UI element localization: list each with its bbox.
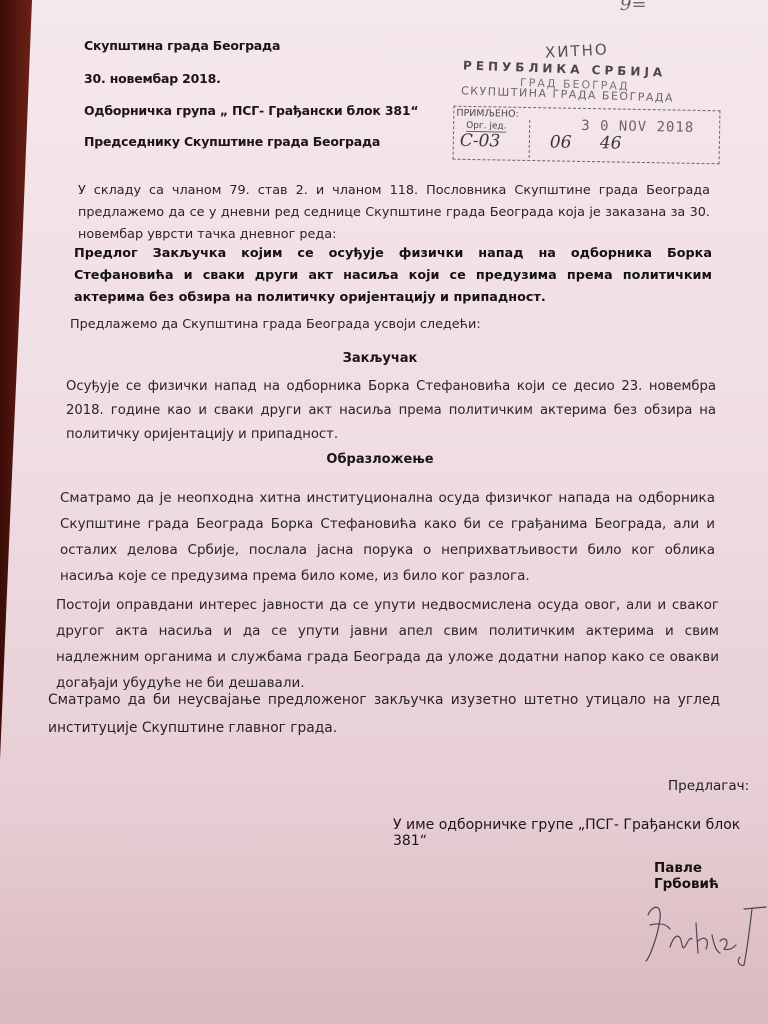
- proposal-paragraph: Предлог Закључка којим се осуђује физичк…: [74, 243, 712, 309]
- stamp-number-2: 46: [600, 133, 622, 153]
- stamp-received-label: ПРИМЉЕНО:: [456, 108, 519, 120]
- header-addressee: Председнику Скупштине града Београда: [84, 134, 380, 149]
- stamp-date: 3 0 NOV 2018: [581, 118, 694, 136]
- conclusion-heading: Закључак: [300, 351, 460, 366]
- proposer-label: Предлагач:: [668, 778, 749, 794]
- page-number-handwritten: 9=: [620, 0, 647, 15]
- reasoning-paragraph-3: Сматрамо да би неусвајање предложеног за…: [48, 686, 720, 742]
- on-behalf-line: У име одборничке групе „ПСГ- Грађански б…: [393, 817, 768, 849]
- reasoning-paragraph-2: Постоји оправдани интерес јавности да се…: [56, 592, 719, 696]
- urgent-handwritten-note: ХИТНО: [545, 40, 610, 61]
- stamp-divider: [529, 120, 531, 158]
- received-stamp: ПРИМЉЕНО: Орг. јед. 3 0 NOV 2018 С-03 06…: [453, 106, 721, 165]
- conclusion-paragraph: Осуђује се физички напад на одборника Бо…: [66, 375, 716, 447]
- handwritten-signature: [640, 895, 768, 979]
- stamp-number-1: 06: [550, 132, 572, 152]
- signatory-name: Павле Грбовић: [654, 860, 768, 892]
- reasoning-paragraph-1: Сматрамо да је неопходна хитна институци…: [60, 485, 715, 589]
- adopt-paragraph: Предлажемо да Скупштина града Београда у…: [70, 314, 670, 336]
- header-institution: Скупштина града Београда: [84, 38, 280, 53]
- stamp-org-unit-value: С-03: [460, 131, 501, 152]
- header-group: Одборничка група „ ПСГ- Грађански блок 3…: [84, 103, 418, 118]
- header-date: 30. новембар 2018.: [84, 71, 221, 86]
- intro-paragraph: У складу са чланом 79. став 2. и чланом …: [78, 180, 710, 246]
- reasoning-heading: Образложење: [290, 452, 470, 467]
